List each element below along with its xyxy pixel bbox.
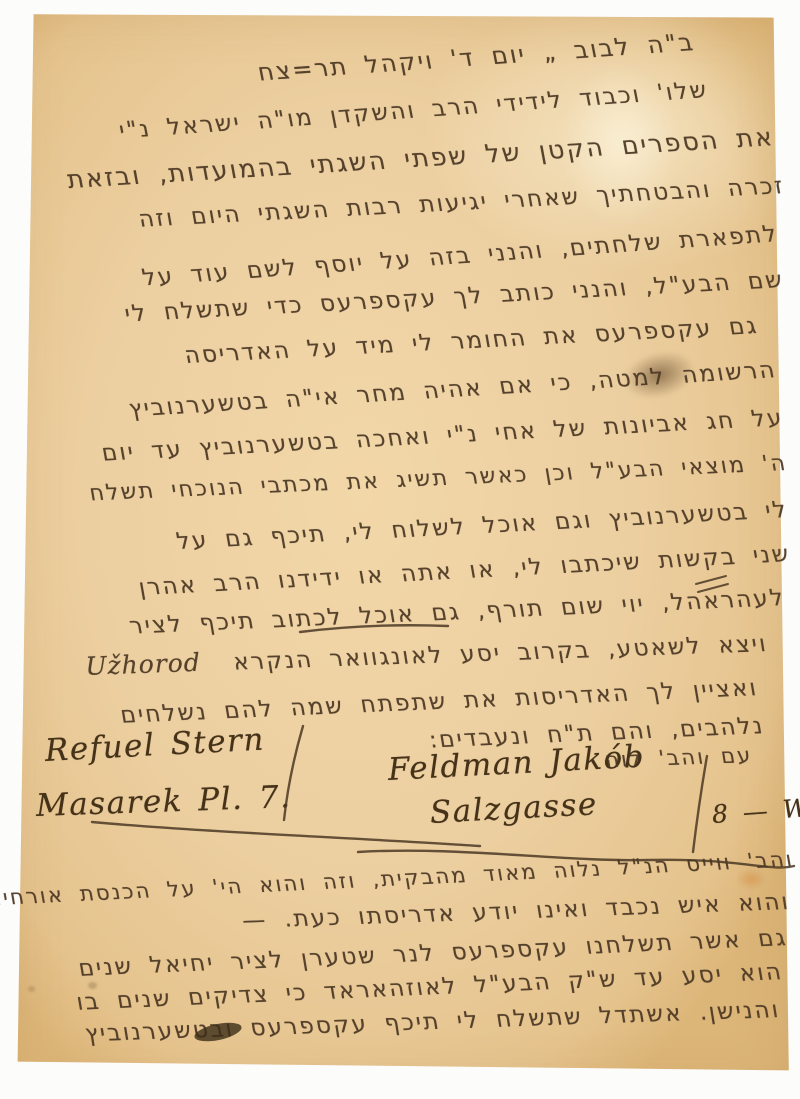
name-note-hebrew: עם והב' לוה <box>604 744 752 771</box>
scanned-letter: ב"ה לבוב „ יום ד' ויקהל תר=צח שלו' וכבוד… <box>0 0 800 1099</box>
uzhorod-latin-word: Užhorod <box>85 650 201 680</box>
